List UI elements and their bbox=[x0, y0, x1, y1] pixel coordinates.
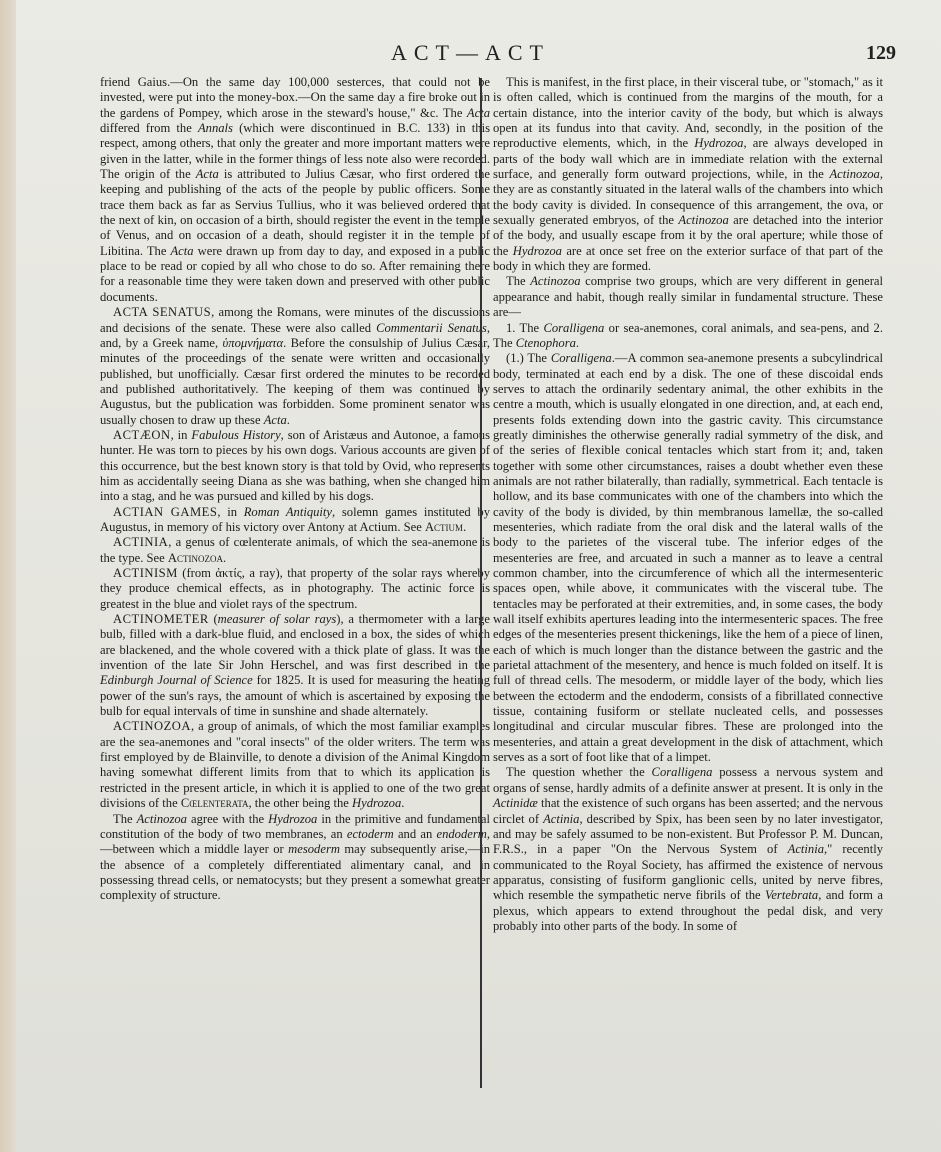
cross-reference: Cœlenterata bbox=[181, 796, 249, 810]
page-number: 129 bbox=[826, 42, 896, 65]
column-divider bbox=[480, 78, 482, 1088]
actinozoa-paragraph: The Actinozoa comprise two groups, which… bbox=[493, 274, 883, 320]
cross-reference: Actinozoa bbox=[168, 551, 223, 565]
headword: ACTINOZOA bbox=[113, 719, 191, 733]
headword: ACTÆON bbox=[113, 428, 171, 442]
headword: ACTINIA bbox=[113, 535, 168, 549]
entry-actaeon: ACTÆON, in Fabulous History, son of Aris… bbox=[100, 428, 490, 505]
headword: ACTIAN GAMES bbox=[113, 505, 217, 519]
page-binding-edge bbox=[0, 0, 16, 1152]
headword: ACTINISM bbox=[113, 566, 178, 580]
entry-actinism: ACTINISM (from ἀκτίς, a ray), that prope… bbox=[100, 566, 490, 612]
entry-acta-senatus: ACTA SENATUS, among the Romans, were min… bbox=[100, 305, 490, 428]
actinozoa-paragraph: The Actinozoa agree with the Hydrozoa in… bbox=[100, 812, 490, 904]
entry-actinia: ACTINIA, a genus of cœlenterate animals,… bbox=[100, 535, 490, 566]
actinozoa-groups-list: 1. The Coralligena or sea-anemones, cora… bbox=[493, 321, 883, 352]
running-head: ACT—ACT bbox=[0, 40, 941, 66]
right-column: This is manifest, in the first place, in… bbox=[493, 75, 883, 934]
entry-actinozoa: ACTINOZOA, a group of animals, of which … bbox=[100, 719, 490, 811]
coralligena-section: (1.) The Coralligena.—A common sea-anemo… bbox=[493, 351, 883, 765]
actinozoa-paragraph: This is manifest, in the first place, in… bbox=[493, 75, 883, 274]
entry-actinometer: ACTINOMETER (measurer of solar rays), a … bbox=[100, 612, 490, 719]
left-column: friend Gaius.—On the same day 100,000 se… bbox=[100, 75, 490, 904]
entry-actian-games: ACTIAN GAMES, in Roman Antiquity, solemn… bbox=[100, 505, 490, 536]
headword: ACTA SENATUS bbox=[113, 305, 211, 319]
entry-acta-continuation: friend Gaius.—On the same day 100,000 se… bbox=[100, 75, 490, 305]
headword: ACTINOMETER bbox=[113, 612, 209, 626]
coralligena-nervous-system: The question whether the Coralligena pos… bbox=[493, 765, 883, 934]
cross-reference: Actium bbox=[425, 520, 463, 534]
